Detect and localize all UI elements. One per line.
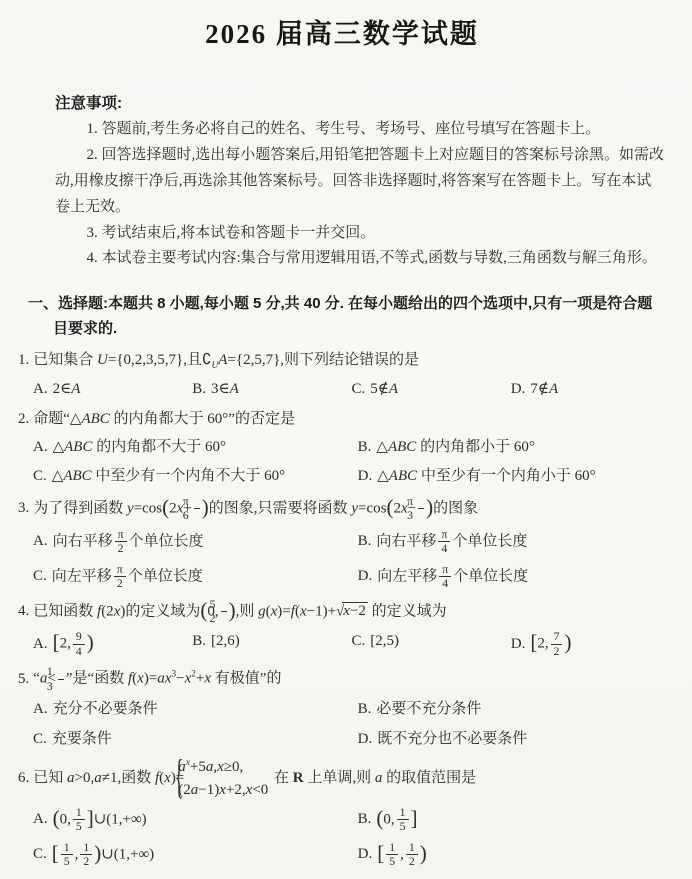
question-6-option-A: A.(0,15]∪(1,+∞) <box>33 806 354 834</box>
notice-item-4: 4. 本试卷主要考试内容:集合与常用逻辑用语,不等式,函数与导数,三角函数与解三… <box>55 246 666 272</box>
question-2-options: A.△ABC 的内角都不大于 60°B.△ABC 的内角都小于 60°C.△AB… <box>18 436 666 488</box>
option-label: C. <box>33 568 47 584</box>
option-label: C. <box>352 633 366 649</box>
question-5-option-B: B.必要不充分条件 <box>358 698 666 721</box>
question-2: 2.命题“△ABC 的内角都大于 60°”的否定是A.△ABC 的内角都不大于 … <box>18 408 666 488</box>
question-3-options: A.向右平移π2个单位长度B.向右平移π4个单位长度C.向左平移π2个单位长度D… <box>18 528 666 591</box>
option-label: B. <box>192 633 206 649</box>
exam-paper: 2026 届高三数学试题 注意事项: 1. 答题前,考生务必将自己的姓名、考生号… <box>0 0 692 879</box>
cases-row: ax+5a,x≥0, <box>192 757 268 777</box>
question-2-option-A: A.△ABC 的内角都不大于 60° <box>33 436 354 459</box>
question-number: 4. <box>18 603 29 619</box>
questions-list: 1.已知集合 U={0,2,3,5,7},且∁UA={2,5,7},则下列结论错… <box>18 349 666 869</box>
option-label: A. <box>33 381 48 397</box>
question-5-option-A: A.充分不必要条件 <box>33 698 354 721</box>
option-label: A. <box>33 533 48 549</box>
cases-row: (2a−1)x+2,x<0 <box>192 780 268 800</box>
question-3: 3.为了得到函数 y=cos(2x+π6)的图象,只需要将函数 y=cos(2x… <box>18 495 666 591</box>
option-label: B. <box>358 811 372 827</box>
question-4-option-B: B.[2,6) <box>192 630 347 658</box>
question-6-stem: 6.已知 a>0,a≠1,函数 f(x)={ax+5a,x≥0,(2a−1)x+… <box>18 757 666 801</box>
question-5: 5.“a<13”是“函数 f(x)=ax3−x2+x 有极值”的A.充分不必要条… <box>18 665 666 750</box>
option-label: C. <box>33 846 47 862</box>
option-label: C. <box>33 468 47 484</box>
option-label: B. <box>192 381 206 397</box>
question-5-option-D: D.既不充分也不必要条件 <box>358 728 666 751</box>
option-label: D. <box>358 468 373 484</box>
page-title: 2026 届高三数学试题 <box>18 12 666 51</box>
question-4-option-C: C.[2,5) <box>352 630 507 658</box>
option-label: C. <box>33 731 47 747</box>
question-4: 4.已知函数 f(2x)的定义域为(0,52),则 g(x)=f(x−1)+√x… <box>18 598 666 659</box>
question-4-option-D: D.[2,72) <box>511 630 666 658</box>
option-label: D. <box>358 731 373 747</box>
question-1-option-A: A.2∈A <box>33 378 188 401</box>
question-1-options: A.2∈AB.3∈AC.5∉AD.7∉A <box>18 378 666 401</box>
question-6-option-B: B.(0,15] <box>358 806 666 834</box>
question-3-stem: 3.为了得到函数 y=cos(2x+π6)的图象,只需要将函数 y=cos(2x… <box>18 495 666 523</box>
question-number: 3. <box>18 500 29 516</box>
option-label: D. <box>511 381 526 397</box>
question-5-option-C: C.充要条件 <box>33 728 354 751</box>
question-4-options: A.[2,94)B.[2,6)C.[2,5)D.[2,72) <box>18 630 666 658</box>
option-label: D. <box>358 568 373 584</box>
question-number: 6. <box>18 770 29 786</box>
option-label: B. <box>358 701 372 717</box>
question-number: 1. <box>18 352 29 368</box>
question-5-stem: 5.“a<13”是“函数 f(x)=ax3−x2+x 有极值”的 <box>18 665 666 693</box>
question-3-option-C: C.向左平移π2个单位长度 <box>33 563 354 591</box>
question-1: 1.已知集合 U={0,2,3,5,7},且∁UA={2,5,7},则下列结论错… <box>18 349 666 401</box>
notice-item-2: 2. 回答选择题时,选出每小题答案后,用铅笔把答题卡上对应题目的答案标号涂黑。如… <box>55 143 666 220</box>
question-2-option-C: C.△ABC 中至少有一个内角不大于 60° <box>33 465 354 488</box>
question-number: 5. <box>18 671 29 687</box>
notice-item-1: 1. 答题前,考生务必将自己的姓名、考生号、考场号、座位号填写在答题卡上。 <box>55 117 666 143</box>
question-2-stem: 2.命题“△ABC 的内角都大于 60°”的否定是 <box>18 408 666 431</box>
question-4-stem: 4.已知函数 f(2x)的定义域为(0,52),则 g(x)=f(x−1)+√x… <box>18 598 666 626</box>
question-1-option-B: B.3∈A <box>192 378 347 401</box>
question-2-option-D: D.△ABC 中至少有一个内角小于 60° <box>358 465 666 488</box>
question-6: 6.已知 a>0,a≠1,函数 f(x)={ax+5a,x≥0,(2a−1)x+… <box>18 757 666 868</box>
option-label: C. <box>352 381 366 397</box>
notice-item-3: 3. 考试结束后,将本试卷和答题卡一并交回。 <box>55 221 666 247</box>
question-3-option-D: D.向左平移π4个单位长度 <box>358 563 666 591</box>
option-label: B. <box>358 439 372 455</box>
question-6-option-C: C.[15,12)∪(1,+∞) <box>33 841 354 869</box>
question-number: 2. <box>18 411 29 427</box>
notice-section: 注意事项: 1. 答题前,考生务必将自己的姓名、考生号、考场号、座位号填写在答题… <box>55 91 666 272</box>
option-label: B. <box>358 533 372 549</box>
notice-heading: 注意事项: <box>55 91 666 117</box>
question-1-option-C: C.5∉A <box>352 378 507 401</box>
question-1-stem: 1.已知集合 U={0,2,3,5,7},且∁UA={2,5,7},则下列结论错… <box>18 349 666 373</box>
option-label: A. <box>33 811 48 827</box>
question-6-option-D: D.[15,12) <box>358 841 666 869</box>
piecewise-function: {ax+5a,x≥0,(2a−1)x+2,x<0 <box>186 757 268 801</box>
question-1-option-D: D.7∉A <box>511 378 666 401</box>
option-label: D. <box>511 636 526 652</box>
question-3-option-B: B.向右平移π4个单位长度 <box>358 528 666 556</box>
question-2-option-B: B.△ABC 的内角都小于 60° <box>358 436 666 459</box>
option-label: A. <box>33 439 48 455</box>
question-3-option-A: A.向右平移π2个单位长度 <box>33 528 354 556</box>
option-label: A. <box>33 701 48 717</box>
question-4-option-A: A.[2,94) <box>33 630 188 658</box>
option-label: D. <box>358 846 373 862</box>
section-heading: 一、选择题:本题共 8 小题,每小题 5 分,共 40 分. 在每小题给出的四个… <box>28 292 666 342</box>
notice-items: 1. 答题前,考生务必将自己的姓名、考生号、考场号、座位号填写在答题卡上。2. … <box>55 117 666 272</box>
question-6-options: A.(0,15]∪(1,+∞)B.(0,15]C.[15,12)∪(1,+∞)D… <box>18 806 666 869</box>
question-5-options: A.充分不必要条件B.必要不充分条件C.充要条件D.既不充分也不必要条件 <box>18 698 666 750</box>
option-label: A. <box>33 636 48 652</box>
